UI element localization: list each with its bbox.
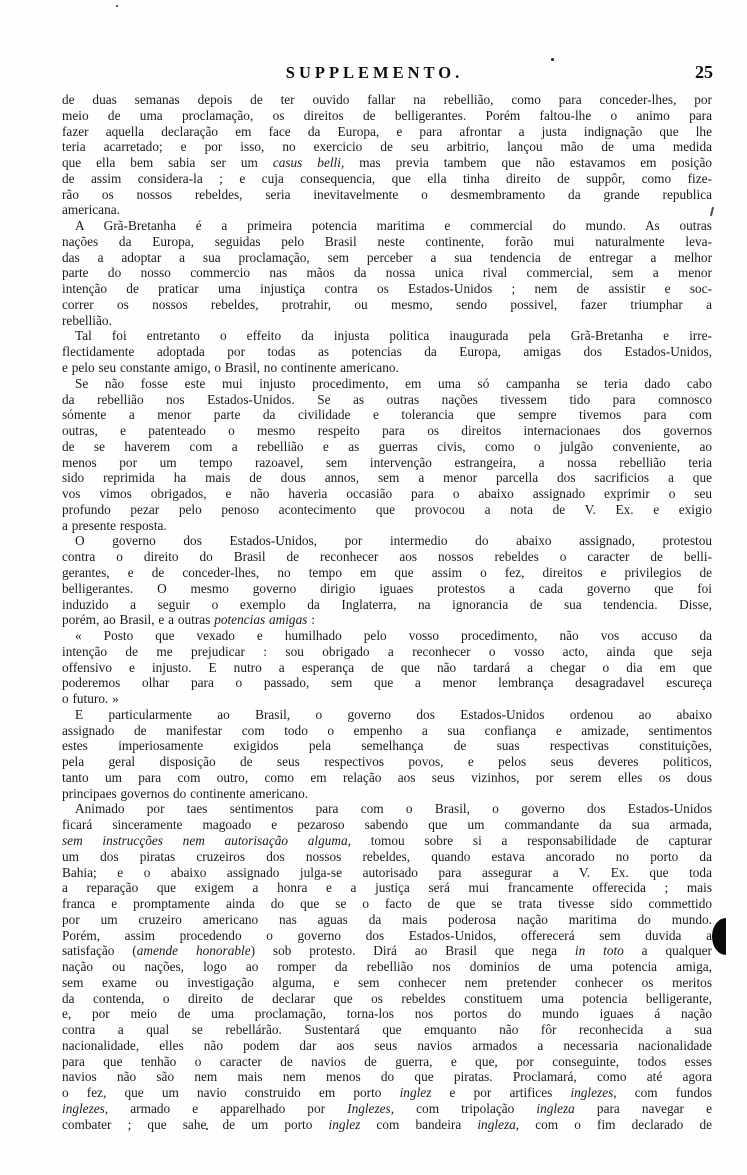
text-run: para navegar e <box>575 1101 712 1116</box>
text-run: flectidamente adoptada por todas as pote… <box>62 344 712 359</box>
text-run: , com o fim declarado de <box>516 1117 712 1132</box>
text-line: teria acarretado; e por isso, no exercic… <box>62 139 712 155</box>
text-line: Bahia; e o abaixo assignado julga-se aut… <box>62 865 712 881</box>
text-line: ficará sinceramente magoado e pezaroso s… <box>62 817 712 833</box>
text-run: nacionalidade, elles não podem dar aos s… <box>62 1038 712 1053</box>
text-line: sómente a menor parte da civilidade e to… <box>62 407 712 423</box>
text-run: porém, ao Brasil, e a outras <box>62 612 214 627</box>
text-run: , armado e apparelhado por <box>105 1101 347 1116</box>
text-line: o futuro. » <box>62 691 712 707</box>
text-run: a qualquer <box>624 943 712 958</box>
text-line: combater ; que sahe de um porto inglez c… <box>62 1117 712 1133</box>
paragraph: Animado por taes sentimentos para com o … <box>62 801 712 1132</box>
text-run: para que tenhão o caracter de navios de … <box>62 1054 712 1069</box>
text-run: belligerantes. O mesmo governo dirigio i… <box>62 581 712 596</box>
text-run: A Grã-Bretanha é a primeira potencia mar… <box>75 218 712 233</box>
text-run: de assim considera-la ; e cuja consequen… <box>62 171 712 186</box>
text-line: nações da Europa, seguidas pelo Brasil n… <box>62 234 712 250</box>
text-line: intenção de me prejudicar : sou obrigado… <box>62 644 712 660</box>
text-run: com bandeira <box>360 1117 477 1132</box>
page-title: SUPPLEMENTO. <box>62 63 687 83</box>
text-run: O governo dos Estados-Unidos, por interm… <box>75 533 712 548</box>
text-run: e por artifices <box>431 1085 570 1100</box>
text-run: correr os nossos rebeldes, protrahir, ou… <box>62 297 712 312</box>
text-line: E particularmente ao Brasil, o governo d… <box>62 707 712 723</box>
paragraph: A Grã-Bretanha é a primeira potencia mar… <box>62 218 712 328</box>
text-line: O governo dos Estados-Unidos, por interm… <box>62 533 712 549</box>
text-run: nações da Europa, seguidas pelo Brasil n… <box>62 234 712 249</box>
text-run: americana. <box>62 202 120 217</box>
text-run: parte do nosso commercio nas mãos da nos… <box>62 265 712 280</box>
text-line: e pelo seu constante amigo, o Brasil, no… <box>62 360 712 376</box>
text-line: porém, ao Brasil, e a outras potencias a… <box>62 612 712 628</box>
text-line: offensivo e injusto. E nutro a esperança… <box>62 660 712 676</box>
text-run: por um cruzeiro americano nas aguas da m… <box>62 912 712 927</box>
italic-text-run: sem instrucções nem autorisação alguma, <box>62 833 351 848</box>
text-run: nação ou nações, logo ao romper da rebel… <box>62 959 712 974</box>
paragraph: Se não fosse este mui injusto procedimen… <box>62 376 712 534</box>
text-run: da rebellião nos Estados-Unidos. Se as o… <box>62 392 712 407</box>
text-line: induzido a seguir o exemplo da Inglaterr… <box>62 597 712 613</box>
text-run: , com fundos <box>613 1085 712 1100</box>
text-line: meio de uma proclamação, os direitos de … <box>62 108 712 124</box>
text-line: gerantes, e de conceder-lhes, no tempo e… <box>62 565 712 581</box>
text-run: rão os nossos rebeldes, seria inevitavel… <box>62 187 712 202</box>
text-line: A Grã-Bretanha é a primeira potencia mar… <box>62 218 712 234</box>
text-line: assignado de manifestar com todo o empen… <box>62 723 712 739</box>
text-run: , com tripolação <box>391 1101 537 1116</box>
text-run: ) sob protesto. Dirá ao Brasil que nega <box>251 943 575 958</box>
text-run: rebellião. <box>62 313 112 328</box>
text-line: de duas semanas depois de ter ouvido fal… <box>62 92 712 108</box>
paper-speck <box>551 58 554 61</box>
text-run: assignado de manifestar com todo o empen… <box>62 723 712 738</box>
text-line: de se haverem com a rebellião e as guerr… <box>62 439 712 455</box>
italic-text-run: potencias amigas <box>214 612 307 627</box>
text-line: principaes governos do continente americ… <box>62 786 712 802</box>
italic-text-run: casus belli <box>273 155 341 170</box>
text-run: meio de uma proclamação, os direitos de … <box>62 108 712 123</box>
text-run: satisfação ( <box>62 943 137 958</box>
text-line: satisfação (amende honorable) sob protes… <box>62 943 712 959</box>
text-line: das a adoptar a sua proclamação, sem per… <box>62 250 712 266</box>
text-line: navios não são nem mais nem menos do que… <box>62 1069 712 1085</box>
text-run: fazer aquella declaração em face da Euro… <box>62 124 712 139</box>
italic-text-run: inglez <box>329 1117 361 1132</box>
text-line: vos vimos obrigados, e não haveria occas… <box>62 486 712 502</box>
text-run: Bahia; e o abaixo assignado julga-se aut… <box>62 865 712 880</box>
text-line: correr os nossos rebeldes, protrahir, ou… <box>62 297 712 313</box>
text-line: da rebellião nos Estados-Unidos. Se as o… <box>62 392 712 408</box>
text-line: rebellião. <box>62 313 712 329</box>
text-run: outras, e patenteado o mesmo respeito pa… <box>62 423 712 438</box>
text-line: franca e promptamente ainda do que se o … <box>62 896 712 912</box>
text-line: nacionalidade, elles não podem dar aos s… <box>62 1038 712 1054</box>
text-run: profundo pezar pelo penoso acontecimento… <box>62 502 712 517</box>
text-run: contra a qual se rebellárão. Sustentará … <box>62 1022 712 1037</box>
text-line: nação ou nações, logo ao romper da rebel… <box>62 959 712 975</box>
text-run: navios não são nem mais nem menos do que… <box>62 1069 712 1084</box>
text-line: rão os nossos rebeldes, seria inevitavel… <box>62 187 712 203</box>
text-line: sido reprimida ha mais de dous annos, se… <box>62 470 712 486</box>
text-run: de duas semanas depois de ter ouvido fal… <box>62 92 712 107</box>
text-run: o futuro. » <box>62 691 119 706</box>
text-run: pela geral disposição de seus respectivo… <box>62 754 712 769</box>
text-line: contra o direito do Brasil de reconhecer… <box>62 549 712 565</box>
ink-blot-artifact <box>712 918 726 955</box>
paragraph: « Posto que vexado e humilhado pelo voss… <box>62 628 712 707</box>
text-run: induzido a seguir o exemplo da Inglaterr… <box>62 597 712 612</box>
body-text: de duas semanas depois de ter ouvido fal… <box>62 92 712 1133</box>
text-run: o fez, que um navio construido em porto <box>62 1085 400 1100</box>
paper-speck <box>206 1128 208 1130</box>
text-line: pela geral disposição de seus respectivo… <box>62 754 712 770</box>
text-line: Se não fosse este mui injusto procedimen… <box>62 376 712 392</box>
text-run: poderemos olhar para o passado, sem que … <box>62 675 712 690</box>
text-run: combater ; que sahe de um porto <box>62 1117 329 1132</box>
text-run: contra o direito do Brasil de reconhecer… <box>62 549 712 564</box>
text-run: sido reprimida ha mais de dous annos, se… <box>62 470 712 485</box>
page-number: 25 <box>695 62 713 83</box>
text-run: tanto um para com outro, como em relação… <box>62 770 712 785</box>
text-line: por um cruzeiro americano nas aguas da m… <box>62 912 712 928</box>
text-line: belligerantes. O mesmo governo dirigio i… <box>62 581 712 597</box>
text-run: intenção de praticar uma injustiça contr… <box>62 281 712 296</box>
text-line: que ella bem sabia ser um casus belli, m… <box>62 155 712 171</box>
text-line: inglezes, armado e apparelhado por Ingle… <box>62 1101 712 1117</box>
italic-text-run: ingleza <box>477 1117 515 1132</box>
text-line: estes imperiosamente exigidos pela semel… <box>62 738 712 754</box>
scanned-page: SUPPLEMENTO. 25 de duas semanas depois d… <box>0 0 747 1175</box>
text-line: sem exame ou investigação alguma, e sem … <box>62 975 712 991</box>
text-line: a presente resposta. <box>62 518 712 534</box>
text-run: intenção de me prejudicar : sou obrigado… <box>62 644 712 659</box>
text-run: a presente resposta. <box>62 518 167 533</box>
text-run: « Posto que vexado e humilhado pelo voss… <box>75 628 712 643</box>
text-line: contra a qual se rebellárão. Sustentará … <box>62 1022 712 1038</box>
text-run: offensivo e injusto. E nutro a esperança… <box>62 660 712 675</box>
paragraph: de duas semanas depois de ter ouvido fal… <box>62 92 712 218</box>
text-line: sem instrucções nem autorisação alguma, … <box>62 833 712 849</box>
paper-speck <box>116 5 118 7</box>
text-line: de assim considera-la ; e cuja consequen… <box>62 171 712 187</box>
text-line: intenção de praticar uma injustiça contr… <box>62 281 712 297</box>
text-run: vos vimos obrigados, e não haveria occas… <box>62 486 712 501</box>
text-line: outras, e patenteado o mesmo respeito pa… <box>62 423 712 439</box>
text-line: para que tenhão o caracter de navios de … <box>62 1054 712 1070</box>
italic-text-run: ingleza <box>536 1101 574 1116</box>
text-run: ficará sinceramente magoado e pezaroso s… <box>62 817 712 832</box>
text-line: parte do nosso commercio nas mãos da nos… <box>62 265 712 281</box>
text-run: das a adoptar a sua proclamação, sem per… <box>62 250 712 265</box>
text-line: o fez, que um navio construido em porto … <box>62 1085 712 1101</box>
text-line: da contenda, o direito de declarar que o… <box>62 991 712 1007</box>
text-run: : <box>307 612 315 627</box>
text-run: um dos piratas cruzeiros dos nossos rebe… <box>62 849 712 864</box>
italic-text-run: inglezes <box>570 1085 613 1100</box>
italic-text-run: amende honorable <box>137 943 251 958</box>
text-line: menos por um tempo razoavel, sem interve… <box>62 455 712 471</box>
text-run: principaes governos do continente americ… <box>62 786 308 801</box>
italic-text-run: in toto <box>575 943 624 958</box>
paragraph: E particularmente ao Brasil, o governo d… <box>62 707 712 802</box>
text-run: de se haverem com a rebellião e as guerr… <box>62 439 712 454</box>
text-run: a reparação que exigem a honra e a justi… <box>62 880 712 895</box>
text-run: que ella bem sabia ser um <box>62 155 273 170</box>
text-line: um dos piratas cruzeiros dos nossos rebe… <box>62 849 712 865</box>
italic-text-run: inglezes <box>62 1101 105 1116</box>
text-run: Porém, assim procedendo o governo dos Es… <box>62 928 712 943</box>
text-run: menos por um tempo razoavel, sem interve… <box>62 455 712 470</box>
italic-text-run: Inglezes <box>347 1101 391 1116</box>
text-line: e, por meio de uma proclamação, torna-lo… <box>62 1006 712 1022</box>
text-run: estes imperiosamente exigidos pela semel… <box>62 738 712 753</box>
text-line: a reparação que exigem a honra e a justi… <box>62 880 712 896</box>
text-line: flectidamente adoptada por todas as pote… <box>62 344 712 360</box>
paragraph: Tal foi entretanto o effeito da injusta … <box>62 328 712 375</box>
text-line: americana. <box>62 202 712 218</box>
text-line: « Posto que vexado e humilhado pelo voss… <box>62 628 712 644</box>
text-line: Tal foi entretanto o effeito da injusta … <box>62 328 712 344</box>
text-run: Se não fosse este mui injusto procedimen… <box>75 376 712 391</box>
text-run: franca e promptamente ainda do que se o … <box>62 896 712 911</box>
text-run: e pelo seu constante amigo, o Brasil, no… <box>62 360 399 375</box>
text-line: profundo pezar pelo penoso acontecimento… <box>62 502 712 518</box>
text-run: Tal foi entretanto o effeito da injusta … <box>75 328 712 343</box>
text-run: da contenda, o direito de declarar que o… <box>62 991 712 1006</box>
italic-text-run: inglez <box>400 1085 432 1100</box>
text-run: E particularmente ao Brasil, o governo d… <box>75 707 712 722</box>
text-run: e, por meio de uma proclamação, torna-lo… <box>62 1006 712 1021</box>
text-line: poderemos olhar para o passado, sem que … <box>62 675 712 691</box>
text-run: gerantes, e de conceder-lhes, no tempo e… <box>62 565 712 580</box>
text-run: , mas previa tambem que não estavamos em… <box>341 155 712 170</box>
text-line: Porém, assim procedendo o governo dos Es… <box>62 928 712 944</box>
text-run: sem exame ou investigação alguma, e sem … <box>62 975 712 990</box>
text-run: tomou sobre si a responsabilidade de cap… <box>351 833 712 848</box>
text-line: tanto um para com outro, como em relação… <box>62 770 712 786</box>
text-run: sómente a menor parte da civilidade e to… <box>62 407 712 422</box>
text-run: Animado por taes sentimentos para com o … <box>75 801 712 816</box>
text-line: Animado por taes sentimentos para com o … <box>62 801 712 817</box>
paragraph: O governo dos Estados-Unidos, por interm… <box>62 533 712 628</box>
text-run: teria acarretado; e por isso, no exercic… <box>62 139 712 154</box>
text-line: fazer aquella declaração em face da Euro… <box>62 124 712 140</box>
